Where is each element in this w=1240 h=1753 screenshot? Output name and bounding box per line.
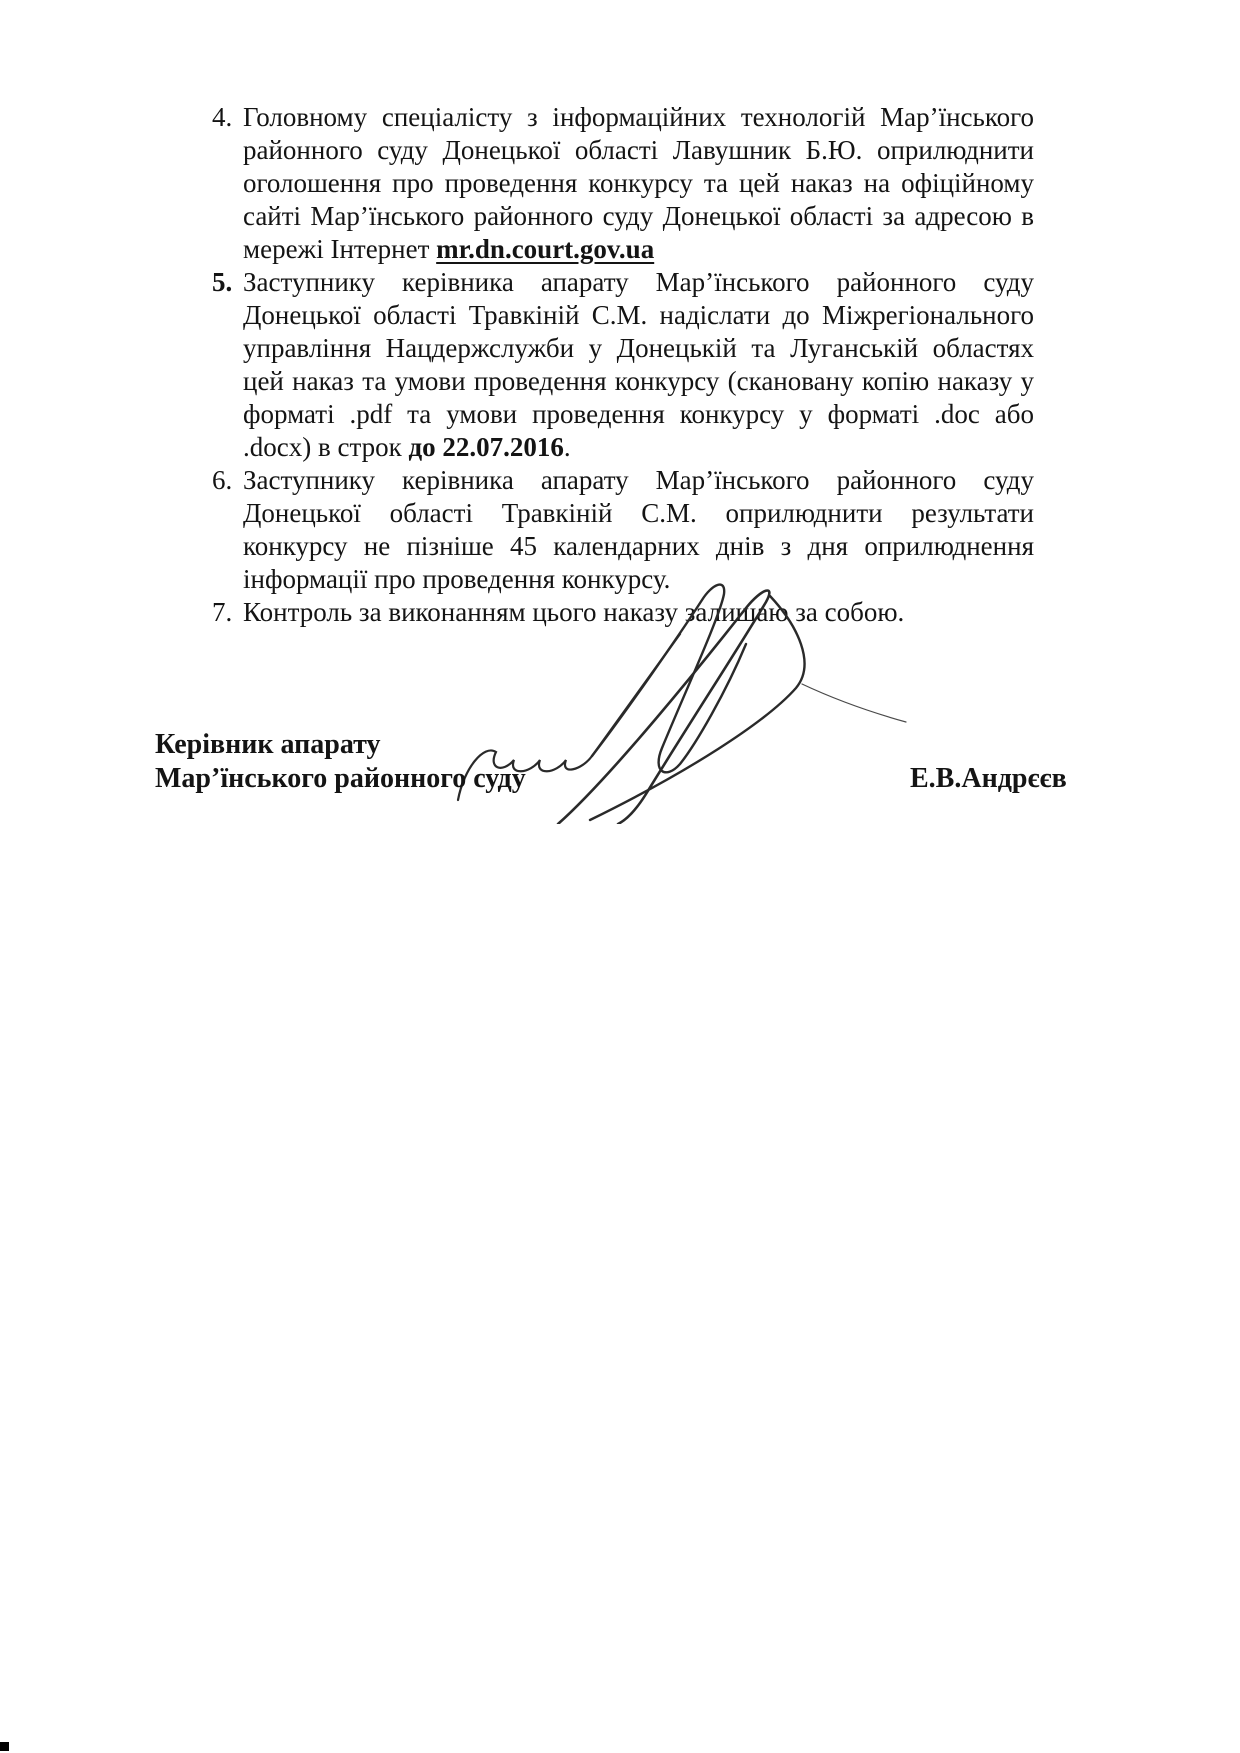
- item-number: 4.: [212, 101, 243, 134]
- order-item: 5.Заступнику керівника апарату Мар’їнськ…: [212, 266, 1034, 464]
- signer-position-line1: Керівник апарату: [155, 728, 526, 762]
- order-item: 4.Головному спеціалісту з інформаційних …: [212, 101, 1034, 266]
- item-number: 5.: [212, 266, 243, 299]
- signer-position-line2: Мар’їнського районного суду: [155, 762, 526, 796]
- order-item: 6.Заступнику керівника апарату Мар’їнськ…: [212, 464, 1034, 596]
- item-6-text: Заступнику керівника апарату Мар’їнськог…: [243, 465, 1034, 594]
- court-website-url: mr.dn.court.gov.ua: [436, 234, 654, 264]
- item-text: Заступнику керівника апарату Мар’їнськог…: [243, 266, 1034, 464]
- scanned-document-page: 4.Головному спеціалісту з інформаційних …: [0, 0, 1240, 1753]
- item-number: 6.: [212, 464, 243, 497]
- order-item: 7.Контроль за виконанням цього наказу за…: [212, 596, 1034, 629]
- item-5-period: .: [564, 432, 571, 462]
- scan-artifact-mark: [0, 1742, 9, 1751]
- item-number: 7.: [212, 596, 243, 629]
- order-items-list: 4.Головному спеціалісту з інформаційних …: [212, 101, 1034, 629]
- item-5-text: Заступнику керівника апарату Мар’їнськог…: [243, 267, 1034, 462]
- signature-block: Керівник апарату Мар’їнського районного …: [155, 728, 1085, 796]
- item-text: Контроль за виконанням цього наказу зали…: [243, 596, 1034, 629]
- item-7-text: Контроль за виконанням цього наказу зали…: [243, 597, 904, 627]
- deadline-date: до 22.07.2016: [408, 432, 563, 462]
- item-text: Головному спеціалісту з інформаційних те…: [243, 101, 1034, 266]
- item-text: Заступнику керівника апарату Мар’їнськог…: [243, 464, 1034, 596]
- signer-name: Е.В.Андрєєв: [910, 762, 1067, 796]
